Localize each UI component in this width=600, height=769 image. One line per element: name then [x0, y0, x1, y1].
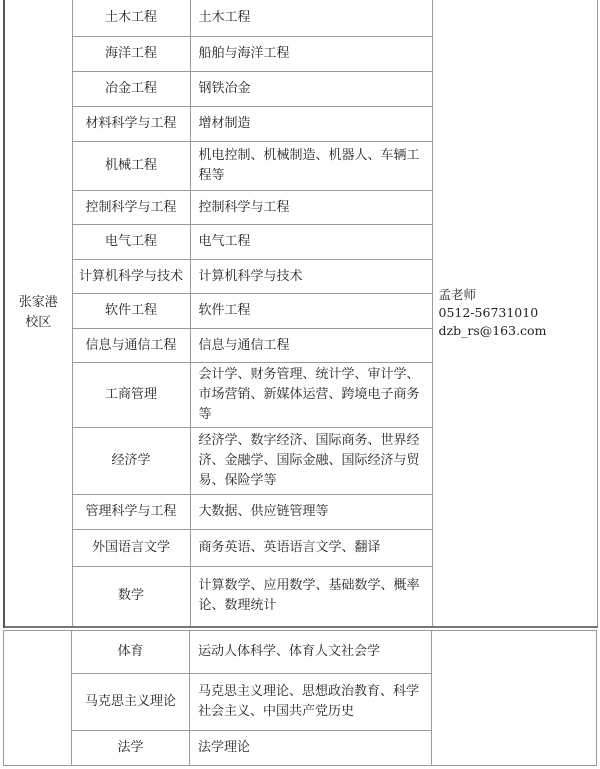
direction-cell: 会计学、财务管理、统计学、审计学、市场营销、新媒体运营、跨境电子商务等: [190, 363, 432, 428]
discipline-cell: 体育: [72, 631, 190, 674]
discipline-cell: 计算机科学与技术: [72, 260, 190, 294]
recruitment-table-continued: 体育 运动人体科学、体育人文社会学 马克思主义理论 马克思主义理论、思想政治教育…: [3, 630, 597, 766]
discipline-cell: 海洋工程: [72, 37, 190, 72]
recruitment-table-zhangjiagang: 张家港 校区 土木工程 土木工程 孟老师 0512-56731010 dzb_r…: [3, 0, 598, 628]
campus-name-line1: 张家港: [5, 293, 72, 313]
discipline-cell: 经济学: [72, 428, 190, 495]
direction-cell: 信息与通信工程: [190, 329, 432, 363]
campus-cell: 张家港 校区: [4, 0, 72, 627]
campus-cell-empty: [4, 631, 72, 766]
direction-cell: 软件工程: [190, 294, 432, 329]
contact-email: dzb_rs@163.com: [439, 322, 591, 340]
discipline-cell: 外国语言文学: [72, 530, 190, 567]
discipline-cell: 法学: [72, 731, 190, 766]
direction-cell: 马克思主义理论、思想政治教育、科学社会主义、中国共产党历史: [190, 674, 432, 731]
direction-cell: 电气工程: [190, 225, 432, 260]
contact-cell-empty: [432, 631, 597, 766]
discipline-cell: 信息与通信工程: [72, 329, 190, 363]
contact-cell: 孟老师 0512-56731010 dzb_rs@163.com: [432, 0, 597, 627]
table-row: 张家港 校区 土木工程 土木工程 孟老师 0512-56731010 dzb_r…: [4, 0, 597, 37]
discipline-cell: 机械工程: [72, 142, 190, 191]
discipline-cell: 管理科学与工程: [72, 495, 190, 530]
discipline-cell: 数学: [72, 567, 190, 627]
direction-cell: 计算机科学与技术: [190, 260, 432, 294]
table-row: 体育 运动人体科学、体育人文社会学: [4, 631, 597, 674]
direction-cell: 经济学、数字经济、国际商务、世界经济、金融学、国际金融、国际经济与贸易、保险学等: [190, 428, 432, 495]
contact-name: 孟老师: [439, 286, 591, 304]
discipline-cell: 材料科学与工程: [72, 107, 190, 142]
contact-phone: 0512-56731010: [439, 304, 591, 322]
discipline-cell: 控制科学与工程: [72, 191, 190, 225]
discipline-cell: 冶金工程: [72, 72, 190, 107]
campus-name-line2: 校区: [5, 313, 72, 333]
direction-cell: 法学理论: [190, 731, 432, 766]
direction-cell: 船舶与海洋工程: [190, 37, 432, 72]
direction-cell: 大数据、供应链管理等: [190, 495, 432, 530]
direction-cell: 控制科学与工程: [190, 191, 432, 225]
discipline-cell: 马克思主义理论: [72, 674, 190, 731]
direction-cell: 机电控制、机械制造、机器人、车辆工程等: [190, 142, 432, 191]
direction-cell: 钢铁冶金: [190, 72, 432, 107]
direction-cell: 土木工程: [190, 0, 432, 37]
direction-cell: 商务英语、英语语言文学、翻译: [190, 530, 432, 567]
discipline-cell: 软件工程: [72, 294, 190, 329]
discipline-cell: 电气工程: [72, 225, 190, 260]
direction-cell: 增材制造: [190, 107, 432, 142]
discipline-cell: 工商管理: [72, 363, 190, 428]
direction-cell: 计算数学、应用数学、基础数学、概率论、数理统计: [190, 567, 432, 627]
discipline-cell: 土木工程: [72, 0, 190, 37]
direction-cell: 运动人体科学、体育人文社会学: [190, 631, 432, 674]
